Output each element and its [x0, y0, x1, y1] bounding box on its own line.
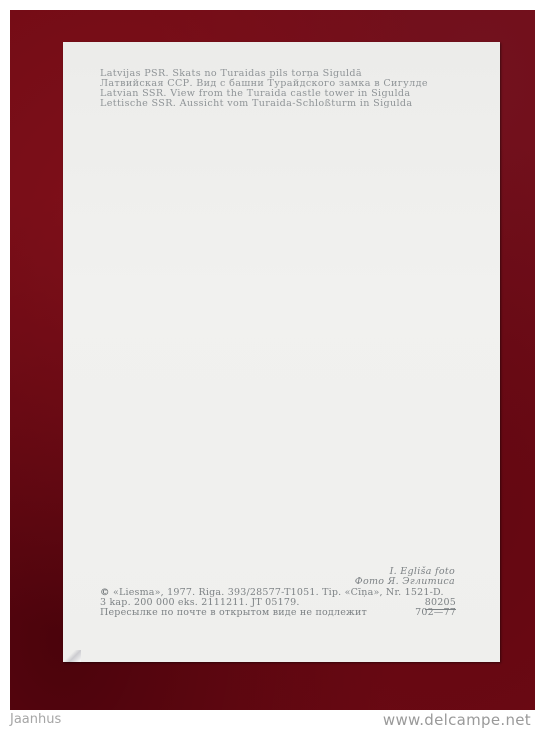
imprint-code-bottom: 702—77 [415, 608, 456, 618]
postcard-back: Latvijas PSR. Skats no Turaidas pils tor… [63, 42, 500, 662]
photo-credit-cyrillic: Фото Я. Эглитиса [355, 577, 455, 587]
imprint-postal-note: Пересылке по почте в открытом виде не по… [100, 607, 367, 618]
caption-german: Lettische SSR. Aussicht vom Turaida-Schl… [100, 99, 428, 109]
seller-watermark: Jaanhus [10, 712, 61, 727]
publisher-imprint: © «Liesma», 1977. Riga. 393/28577-T1051.… [100, 588, 456, 618]
photo-credit: I. Egliša foto Фото Я. Эглитиса [355, 567, 455, 587]
worn-corner [63, 650, 81, 662]
site-watermark: www.delcampe.net [383, 711, 531, 729]
caption-block: Latvijas PSR. Skats no Turaidas pils tor… [100, 69, 428, 109]
imprint-line-3: Пересылке по почте в открытом виде не по… [100, 608, 456, 618]
